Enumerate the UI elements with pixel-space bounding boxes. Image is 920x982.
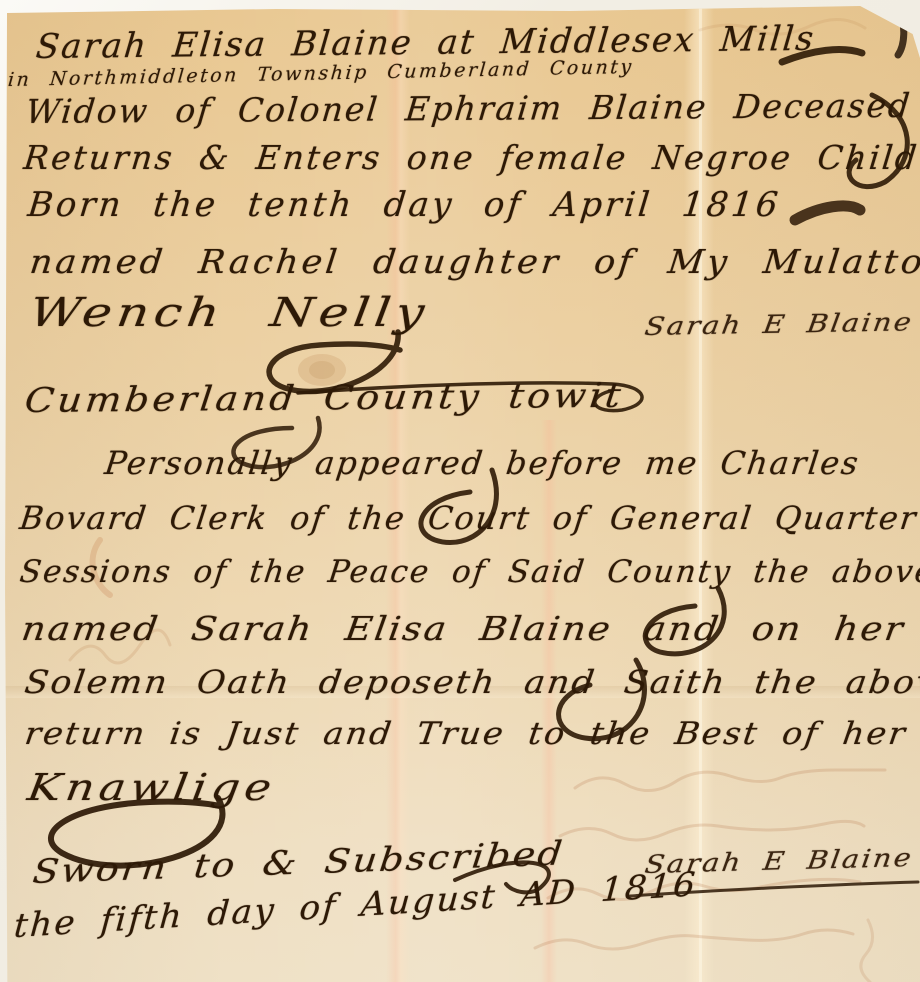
manuscript-line-6: named Rachel daughter of My Mulattoe [28, 242, 920, 281]
document-scan: Sarah Elisa Blaine at Middlesex Mills in… [0, 0, 920, 982]
paper: Sarah Elisa Blaine at Middlesex Mills in… [0, 0, 920, 982]
jurat-line-2: Bovard Clerk of the Court of General Qua… [18, 499, 920, 537]
jurat-line-5: Solemn Oath deposeth and Saith the above [22, 663, 920, 701]
manuscript-line-7: Wench Nelly [27, 290, 432, 336]
signature-sarah-e-blaine-first: Sarah E Blaine [643, 307, 915, 341]
dash-after-1816 [795, 206, 860, 220]
jurat-line-3: Sessions of the Peace of Said County the… [18, 554, 920, 590]
jurat-line-4: named Sarah Elisa Blaine and on her [19, 609, 907, 648]
manuscript-line-3: Widow of Colonel Ephraim Blaine Deceased [24, 86, 913, 131]
jurat-line-6: return is Just and True to the Best of h… [23, 716, 909, 752]
jurat-heading: Cumberland County towit [23, 376, 626, 421]
manuscript-line-4: Returns & Enters one female Negroe Child [22, 138, 920, 177]
jurat-line-1: Personally appeared before me Charles [103, 444, 862, 482]
jurat-line-7: Knawlige [25, 766, 279, 809]
manuscript-line-5: Born the tenth day of April 1816 [26, 185, 783, 225]
